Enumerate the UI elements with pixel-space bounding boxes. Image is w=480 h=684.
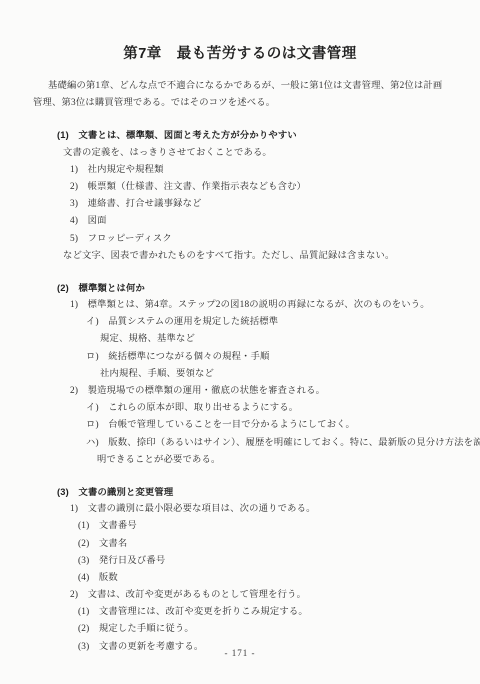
text-line: (1) 文書番号: [78, 518, 480, 535]
text-line: ロ) 台帳で管理していることを一目で分かるようにしておく。: [86, 417, 480, 434]
text-line: (2) 文書名: [78, 536, 480, 553]
text-line: 2) 帳票類（仕様書、注文書、作業指示表なども含む）: [70, 179, 480, 196]
text-line: 明できることが必要である。: [97, 452, 480, 469]
text-line: ハ) 版数、捺印（あるいはサイン）、履歴を明確にしておく。特に、最新版の見分け方…: [86, 435, 480, 452]
text-line: 文書の定義を、はっきりさせておくことである。: [63, 145, 480, 162]
chapter-title: 第7章 最も苦労するのは文書管理: [0, 42, 480, 63]
text-line: イ) これらの原本が即、取り出せるようにする。: [86, 400, 480, 417]
text-line: 5) フロッピーディスク: [70, 231, 480, 248]
section-heading: (3) 文書の識別と変更管理: [57, 484, 480, 501]
text-line: 2) 製造現場での標準類の運用・徹底の状態を審査される。: [70, 383, 480, 400]
text-line: イ) 品質システムの運用を規定した統括標準: [86, 314, 480, 331]
document-body: 基礎編の第1章、どんな点で不適合になるかであるが、一般に第1位は文書管理、第2位…: [0, 78, 480, 656]
section-heading: (2) 標準類とは何か: [57, 280, 480, 297]
text-line: 4) 図面: [70, 213, 480, 230]
text-line: 3) 連絡書、打合せ議事録など: [70, 196, 480, 213]
text-line: (2) 規定した手順に従う。: [78, 621, 480, 638]
page-number: - 171 -: [0, 648, 480, 658]
text-line: 1) 文書の識別に最小限必要な項目は、次の通りである。: [70, 501, 480, 518]
text-line: など文字、図表で書かれたものをすべて指す。ただし、品質記録は含まない。: [63, 248, 480, 265]
text-line: 管理、第3位は購買管理である。ではそのコツを述べる。: [33, 95, 480, 112]
text-line: 1) 標準類とは、第4章。ステップ2の図18の説明の再録になるが、次のものをいう…: [70, 297, 480, 314]
text-line: 2) 文書は、改訂や変更があるものとして管理を行う。: [70, 587, 480, 604]
text-line: (3) 発行日及び番号: [78, 553, 480, 570]
text-line: 規定、規格、基準など: [100, 331, 480, 348]
text-line: ロ) 統括標準につながる個々の規程・手順: [86, 349, 480, 366]
section-heading: (1) 文書とは、標準類、図面と考えた方が分かりやすい: [57, 127, 480, 144]
text-line: (1) 文書管理には、改訂や変更を折りこみ規定する。: [78, 604, 480, 621]
text-line: 社内規程、手順、要領など: [100, 366, 480, 383]
text-line: (4) 版数: [78, 570, 480, 587]
text-line: 基礎編の第1章、どんな点で不適合になるかであるが、一般に第1位は文書管理、第2位…: [48, 78, 480, 95]
text-line: 1) 社内規定や規程類: [70, 162, 480, 179]
